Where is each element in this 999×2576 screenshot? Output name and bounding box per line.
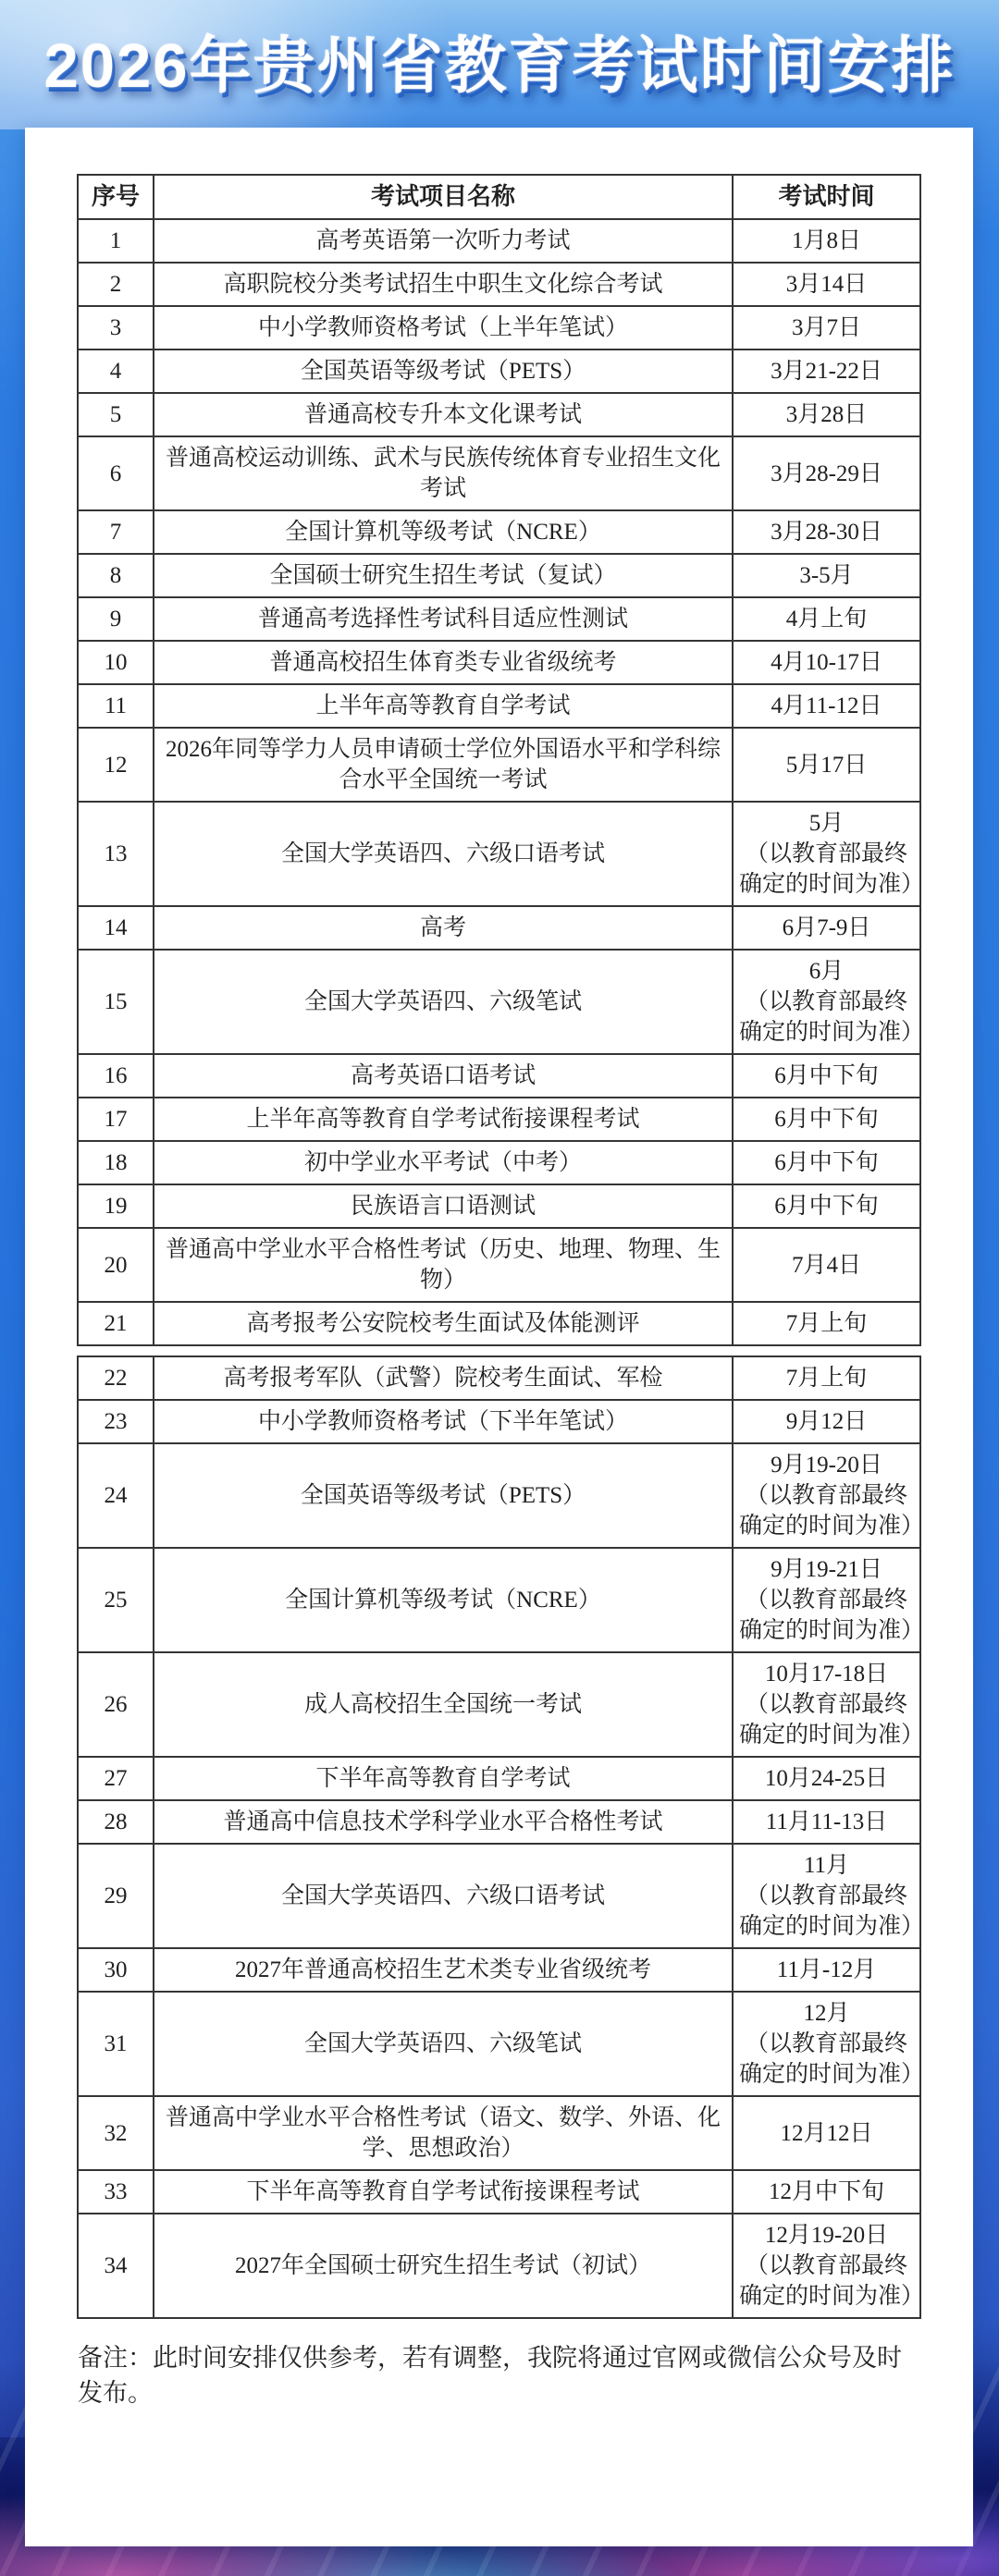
exam-name-cell: 下半年高等教育自学考试衔接课程考试: [154, 2170, 733, 2214]
row-number-cell: 16: [78, 1054, 154, 1098]
exam-name-cell: 全国计算机等级考试（NCRE）: [154, 1548, 733, 1652]
table-row: 15全国大学英语四、六级笔试6月 （以教育部最终确定的时间为准）: [78, 950, 920, 1054]
exam-name-cell: 全国英语等级考试（PETS）: [154, 350, 733, 393]
row-number-cell: 1: [78, 219, 154, 263]
exam-time-cell: 12月 （以教育部最终确定的时间为准）: [733, 1992, 920, 2096]
row-number-cell: 8: [78, 554, 154, 597]
exam-time-cell: 11月 （以教育部最终确定的时间为准）: [733, 1844, 920, 1948]
table-row: 24全国英语等级考试（PETS）9月19-20日 （以教育部最终确定的时间为准）: [78, 1443, 920, 1548]
exam-name-cell: 上半年高等教育自学考试: [154, 684, 733, 728]
exam-name-cell: 民族语言口语测试: [154, 1184, 733, 1228]
table-row: 3中小学教师资格考试（上半年笔试）3月7日: [78, 306, 920, 350]
background-left-strip: [0, 129, 28, 2437]
row-number-cell: 4: [78, 350, 154, 393]
exam-time-cell: 10月24-25日: [733, 1757, 920, 1800]
row-number-cell: 19: [78, 1184, 154, 1228]
row-number-cell: 26: [78, 1652, 154, 1757]
table-row: 25全国计算机等级考试（NCRE）9月19-21日 （以教育部最终确定的时间为准…: [78, 1548, 920, 1652]
table-row: 10普通高校招生体育类专业省级统考4月10-17日: [78, 641, 920, 684]
table-row: 29全国大学英语四、六级口语考试11月 （以教育部最终确定的时间为准）: [78, 1844, 920, 1948]
row-number-cell: 20: [78, 1228, 154, 1302]
table-row: 6普通高校运动训练、武术与民族传统体育专业招生文化考试3月28-29日: [78, 436, 920, 510]
table-row: 26成人高校招生全国统一考试10月17-18日 （以教育部最终确定的时间为准）: [78, 1652, 920, 1757]
row-number-cell: 31: [78, 1992, 154, 2096]
table-row: 14高考6月7-9日: [78, 906, 920, 950]
table-row: 7全国计算机等级考试（NCRE）3月28-30日: [78, 510, 920, 554]
row-number-cell: 23: [78, 1400, 154, 1443]
exam-time-cell: 3月28日: [733, 393, 920, 436]
table-row: 31全国大学英语四、六级笔试12月 （以教育部最终确定的时间为准）: [78, 1992, 920, 2096]
exam-name-cell: 高职院校分类考试招生中职生文化综合考试: [154, 263, 733, 306]
table-row: 11上半年高等教育自学考试4月11-12日: [78, 684, 920, 728]
exam-time-cell: 5月 （以教育部最终确定的时间为准）: [733, 802, 920, 906]
row-number-cell: 30: [78, 1948, 154, 1992]
exam-time-cell: 7月4日: [733, 1228, 920, 1302]
row-number-cell: 14: [78, 906, 154, 950]
row-number-cell: 10: [78, 641, 154, 684]
exam-time-cell: 4月10-17日: [733, 641, 920, 684]
row-number-cell: 28: [78, 1800, 154, 1844]
exam-name-cell: 高考报考公安院校考生面试及体能测评: [154, 1302, 733, 1345]
header-exam-time: 考试时间: [733, 175, 920, 219]
exam-name-cell: 普通高校招生体育类专业省级统考: [154, 641, 733, 684]
row-number-cell: 34: [78, 2214, 154, 2318]
exam-name-cell: 初中学业水平考试（中考）: [154, 1141, 733, 1184]
row-number-cell: 21: [78, 1302, 154, 1345]
table-row: 4全国英语等级考试（PETS）3月21-22日: [78, 350, 920, 393]
exam-time-cell: 11月-12月: [733, 1948, 920, 1992]
row-number-cell: 3: [78, 306, 154, 350]
exam-time-cell: 6月中下旬: [733, 1098, 920, 1141]
table-row: 302027年普通高校招生艺术类专业省级统考11月-12月: [78, 1948, 920, 1992]
exam-time-cell: 10月17-18日 （以教育部最终确定的时间为准）: [733, 1652, 920, 1757]
exam-time-cell: 9月12日: [733, 1400, 920, 1443]
exam-name-cell: 2027年全国硕士研究生招生考试（初试）: [154, 2214, 733, 2318]
exam-time-cell: 4月上旬: [733, 597, 920, 641]
row-number-cell: 25: [78, 1548, 154, 1652]
header-exam-name: 考试项目名称: [154, 175, 733, 219]
exam-time-cell: 12月中下旬: [733, 2170, 920, 2214]
table-header-row: 序号 考试项目名称 考试时间: [78, 175, 920, 219]
schedule-card: 序号 考试项目名称 考试时间 1高考英语第一次听力考试1月8日2高职院校分类考试…: [25, 128, 973, 2546]
exam-name-cell: 普通高中学业水平合格性考试（语文、数学、外语、化学、思想政治）: [154, 2096, 733, 2170]
exam-time-cell: 12月12日: [733, 2096, 920, 2170]
exam-name-cell: 普通高中信息技术学科学业水平合格性考试: [154, 1800, 733, 1844]
row-number-cell: 22: [78, 1356, 154, 1400]
exam-time-cell: 3月21-22日: [733, 350, 920, 393]
table-row: 5普通高校专升本文化课考试3月28日: [78, 393, 920, 436]
exam-name-cell: 成人高校招生全国统一考试: [154, 1652, 733, 1757]
exam-name-cell: 普通高考选择性考试科目适应性测试: [154, 597, 733, 641]
table-row: 18初中学业水平考试（中考）6月中下旬: [78, 1141, 920, 1184]
table-row: 27下半年高等教育自学考试10月24-25日: [78, 1757, 920, 1800]
table-row: 13全国大学英语四、六级口语考试5月 （以教育部最终确定的时间为准）: [78, 802, 920, 906]
exam-name-cell: 全国计算机等级考试（NCRE）: [154, 510, 733, 554]
row-number-cell: 9: [78, 597, 154, 641]
exam-name-cell: 2027年普通高校招生艺术类专业省级统考: [154, 1948, 733, 1992]
exam-name-cell: 全国硕士研究生招生考试（复试）: [154, 554, 733, 597]
table-row: 33下半年高等教育自学考试衔接课程考试12月中下旬: [78, 2170, 920, 2214]
row-number-cell: 18: [78, 1141, 154, 1184]
exam-time-cell: 3月14日: [733, 263, 920, 306]
row-number-cell: 32: [78, 2096, 154, 2170]
exam-time-cell: 11月11-13日: [733, 1800, 920, 1844]
exam-name-cell: 高考报考军队（武警）院校考生面试、军检: [154, 1356, 733, 1400]
exam-name-cell: 2026年同等学力人员申请硕士学位外国语水平和学科综合水平全国统一考试: [154, 728, 733, 802]
exam-time-cell: 3月7日: [733, 306, 920, 350]
exam-name-cell: 全国大学英语四、六级笔试: [154, 950, 733, 1054]
exam-time-cell: 4月11-12日: [733, 684, 920, 728]
table-row: 21高考报考公安院校考生面试及体能测评7月上旬: [78, 1302, 920, 1345]
background-right-strip: [971, 129, 999, 2437]
row-number-cell: 5: [78, 393, 154, 436]
exam-name-cell: 高考英语第一次听力考试: [154, 219, 733, 263]
exam-name-cell: 上半年高等教育自学考试衔接课程考试: [154, 1098, 733, 1141]
exam-time-cell: 3月28-30日: [733, 510, 920, 554]
exam-time-cell: 12月19-20日 （以教育部最终确定的时间为准）: [733, 2214, 920, 2318]
table-row: 2高职院校分类考试招生中职生文化综合考试3月14日: [78, 263, 920, 306]
exam-time-cell: 6月中下旬: [733, 1054, 920, 1098]
exam-name-cell: 中小学教师资格考试（上半年笔试）: [154, 306, 733, 350]
exam-time-cell: 6月7-9日: [733, 906, 920, 950]
exam-name-cell: 全国大学英语四、六级口语考试: [154, 802, 733, 906]
row-number-cell: 24: [78, 1443, 154, 1548]
exam-time-cell: 9月19-21日 （以教育部最终确定的时间为准）: [733, 1548, 920, 1652]
note-text: 备注：此时间安排仅供参考，若有调整，我院将通过官网或微信公众号及时发布。: [78, 2341, 920, 2411]
exam-name-cell: 全国大学英语四、六级口语考试: [154, 1844, 733, 1948]
exam-name-cell: 高考: [154, 906, 733, 950]
exam-name-cell: 全国英语等级考试（PETS）: [154, 1443, 733, 1548]
exam-time-cell: 7月上旬: [733, 1356, 920, 1400]
exam-time-cell: 6月中下旬: [733, 1184, 920, 1228]
table-row: 122026年同等学力人员申请硕士学位外国语水平和学科综合水平全国统一考试5月1…: [78, 728, 920, 802]
exam-time-cell: 9月19-20日 （以教育部最终确定的时间为准）: [733, 1443, 920, 1548]
row-number-cell: 29: [78, 1844, 154, 1948]
table-row: 342027年全国硕士研究生招生考试（初试）12月19-20日 （以教育部最终确…: [78, 2214, 920, 2318]
exam-time-cell: 5月17日: [733, 728, 920, 802]
exam-name-cell: 下半年高等教育自学考试: [154, 1757, 733, 1800]
table-row: 32普通高中学业水平合格性考试（语文、数学、外语、化学、思想政治）12月12日: [78, 2096, 920, 2170]
table-row: 22高考报考军队（武警）院校考生面试、军检7月上旬: [78, 1356, 920, 1400]
exam-name-cell: 普通高校运动训练、武术与民族传统体育专业招生文化考试: [154, 436, 733, 510]
row-number-cell: 7: [78, 510, 154, 554]
exam-time-cell: 7月上旬: [733, 1302, 920, 1345]
row-number-cell: 12: [78, 728, 154, 802]
row-number-cell: 11: [78, 684, 154, 728]
row-number-cell: 17: [78, 1098, 154, 1141]
exam-table-part1: 序号 考试项目名称 考试时间 1高考英语第一次听力考试1月8日2高职院校分类考试…: [77, 174, 921, 1346]
table-row: 20普通高中学业水平合格性考试（历史、地理、物理、生物）7月4日: [78, 1228, 920, 1302]
page-title: 2026年贵州省教育考试时间安排: [0, 17, 999, 105]
exam-table-part2: 22高考报考军队（武警）院校考生面试、军检7月上旬23中小学教师资格考试（下半年…: [77, 1355, 921, 2319]
table-row: 17上半年高等教育自学考试衔接课程考试6月中下旬: [78, 1098, 920, 1141]
exam-name-cell: 普通高中学业水平合格性考试（历史、地理、物理、生物）: [154, 1228, 733, 1302]
row-number-cell: 2: [78, 263, 154, 306]
exam-time-cell: 3月28-29日: [733, 436, 920, 510]
exam-name-cell: 全国大学英语四、六级笔试: [154, 1992, 733, 2096]
row-number-cell: 15: [78, 950, 154, 1054]
table-row: 8全国硕士研究生招生考试（复试）3-5月: [78, 554, 920, 597]
exam-name-cell: 高考英语口语考试: [154, 1054, 733, 1098]
header-number: 序号: [78, 175, 154, 219]
exam-name-cell: 中小学教师资格考试（下半年笔试）: [154, 1400, 733, 1443]
exam-time-cell: 3-5月: [733, 554, 920, 597]
table-row: 16高考英语口语考试6月中下旬: [78, 1054, 920, 1098]
table-row: 19民族语言口语测试6月中下旬: [78, 1184, 920, 1228]
row-number-cell: 33: [78, 2170, 154, 2214]
exam-time-cell: 6月中下旬: [733, 1141, 920, 1184]
exam-time-cell: 1月8日: [733, 219, 920, 263]
row-number-cell: 6: [78, 436, 154, 510]
row-number-cell: 13: [78, 802, 154, 906]
exam-name-cell: 普通高校专升本文化课考试: [154, 393, 733, 436]
table-row: 28普通高中信息技术学科学业水平合格性考试11月11-13日: [78, 1800, 920, 1844]
table-row: 9普通高考选择性考试科目适应性测试4月上旬: [78, 597, 920, 641]
row-number-cell: 27: [78, 1757, 154, 1800]
table-row: 23中小学教师资格考试（下半年笔试）9月12日: [78, 1400, 920, 1443]
table-row: 1高考英语第一次听力考试1月8日: [78, 219, 920, 263]
exam-time-cell: 6月 （以教育部最终确定的时间为准）: [733, 950, 920, 1054]
